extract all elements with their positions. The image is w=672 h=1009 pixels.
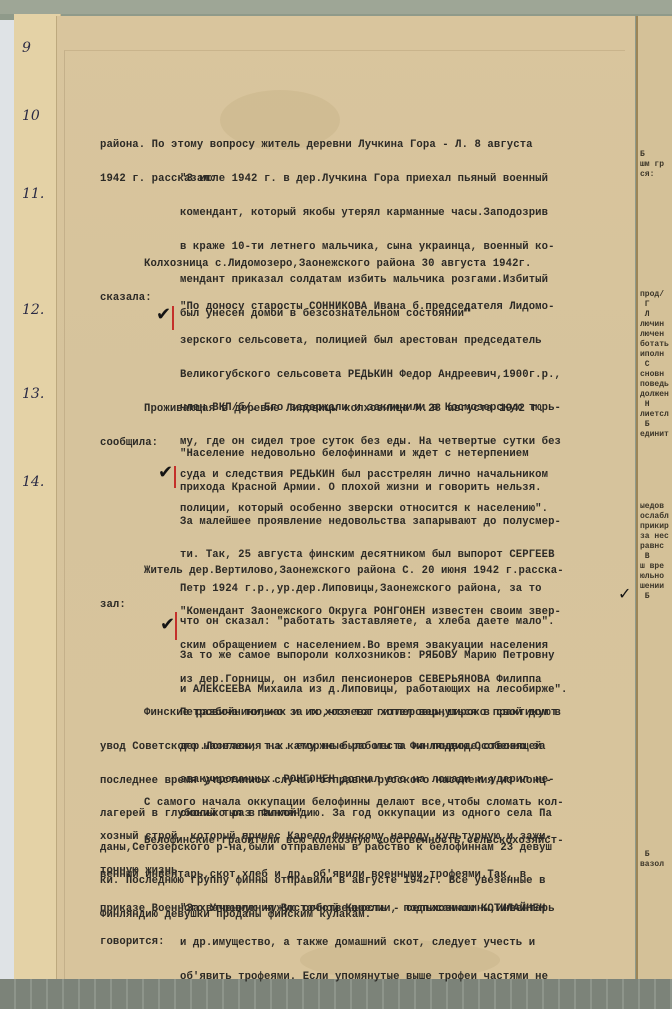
margin-check-icon: ✓	[618, 584, 631, 603]
check-mark-icon: ✔	[160, 614, 175, 635]
text-line: увод Советского населения на каторжные р…	[100, 742, 630, 753]
red-pencil-mark	[174, 466, 176, 488]
adjacent-page-text: прод/ Г Л лючин лючен ботать иполн С сно…	[640, 280, 672, 440]
folio-number: 13.	[22, 386, 44, 402]
text-line: С самого начала оккупации белофинны дела…	[100, 798, 630, 809]
folio-number: 9	[22, 40, 31, 56]
text-line: прихода Красной Армии. О плохой жизни и …	[180, 483, 626, 494]
text-line: из дер.Горницы, он избил пенсионеров СЕВ…	[180, 675, 626, 686]
text-line: об'явить трофеями. Если упомянутые выше …	[180, 972, 626, 983]
red-pencil-mark	[172, 306, 174, 330]
text-line: "Население недовольно белофиннами и ждет…	[180, 449, 626, 460]
folio-margin-strip	[14, 14, 61, 989]
text-line: Проживающая в деревне Липовицы колхозниц…	[100, 404, 630, 415]
check-mark-icon: ✔	[158, 462, 173, 483]
adjacent-page-text: ыедов ослабл прикир за нес равнс В ш вре…	[640, 502, 672, 602]
text-line: венный инвентарь,скот,хлеб и др. об'явил…	[100, 870, 630, 881]
quote-block: "Захваченную чужую собственность - сельх…	[180, 882, 626, 994]
folio-number: 10	[22, 108, 40, 124]
adjacent-page-text: Б вазол	[640, 640, 672, 870]
text-line: За малейшее проявление недовольства запа…	[180, 517, 626, 528]
text-line: "Комендант Заонежского Округа РОНГОНЕН и…	[180, 607, 626, 618]
text-line: "По доносу старосты СОННИКОВА Ивана б.пр…	[180, 302, 626, 313]
text-line: и др.имущество, а также домашний скот, с…	[180, 938, 626, 949]
check-mark-icon: ✔	[156, 304, 171, 325]
text-line: "Захваченную чужую собственность - сельх…	[180, 904, 626, 915]
text-line: комендант, который якобы утерял карманны…	[180, 208, 626, 219]
folio-number: 11.	[22, 186, 44, 202]
text-line: зерского сельсовета, полицией был аресто…	[180, 336, 626, 347]
text-line: Белофинские грабители всю колхозную собс…	[100, 836, 630, 847]
text-line: Колхозница с.Лидомозеро,Заонежского райо…	[100, 259, 630, 270]
text-line: "3 июле 1942 г. в дер.Лучкина Гора приех…	[180, 174, 626, 185]
background-top	[0, 0, 672, 14]
text-line: Финские разбойники,как и их хозяева гитл…	[100, 708, 630, 719]
text-line: района. По этому вопросу житель деревни …	[100, 140, 630, 151]
adjacent-page-text: Б шм гр ся:	[640, 150, 672, 180]
text-line: ским обращением с населением.Во время эв…	[180, 641, 626, 652]
folio-number: 12.	[22, 302, 44, 318]
text-line: Великогубского сельсовета РЕДЬКИН Федор …	[180, 370, 626, 381]
text-line: Житель дер.Вертилово,Заонежского района …	[100, 566, 630, 577]
red-pencil-mark	[175, 612, 177, 640]
folio-number: 14.	[22, 474, 44, 490]
